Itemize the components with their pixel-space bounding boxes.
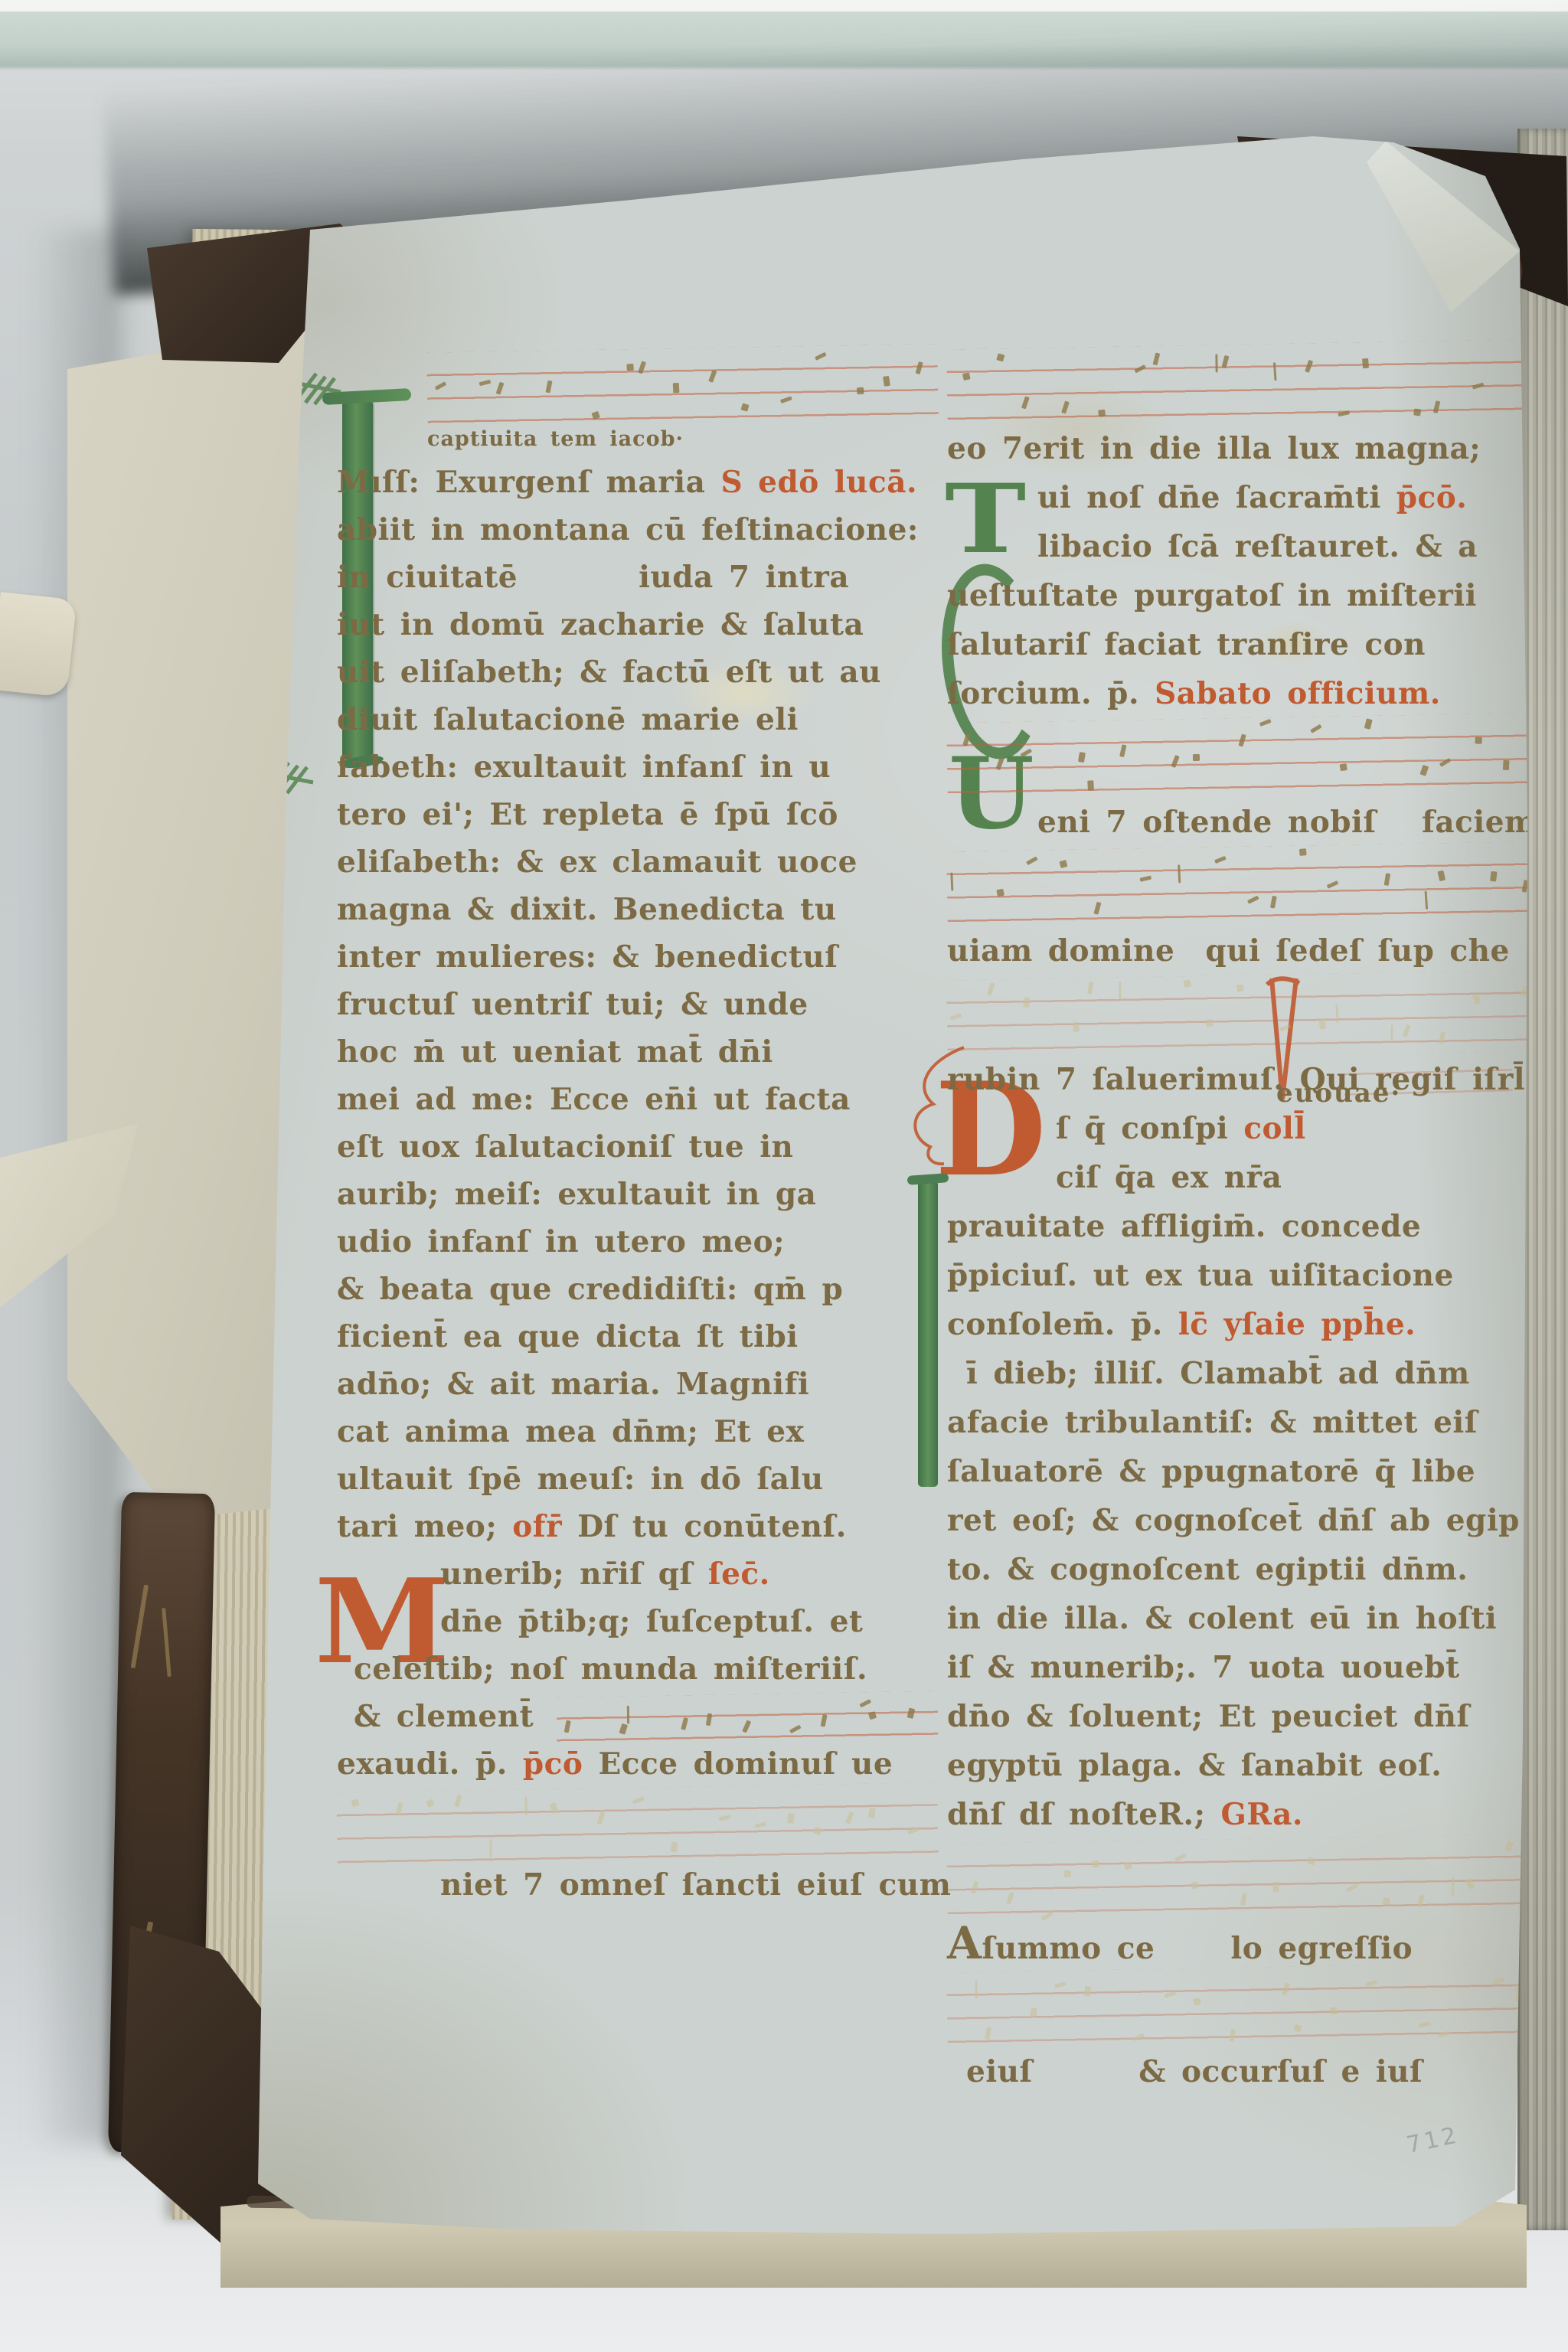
text-segment: exaudi. p̄. (337, 1746, 523, 1782)
text-line: dn̄o & ſoluent; Et peuciet dn̄ſ (947, 1692, 1533, 1741)
neume-mark (1439, 758, 1451, 767)
text-segment: ui noſ dn̄e ſacram̄ti (1037, 480, 1396, 515)
text-line: tari meo; ofr̄ Dſ tu conūtenſ. (337, 1503, 938, 1550)
text-line: celeſtib; noſ munda miſteriiſ. (337, 1645, 938, 1693)
neume-mark (950, 1013, 962, 1020)
neume-mark (1236, 984, 1245, 992)
neume-mark (1438, 2030, 1450, 2037)
text-segment: iſ & munerib;. 7 uota uouebt̄ (947, 1650, 1460, 1685)
text-line: in die illa. & colent eū in hoſti (947, 1594, 1533, 1643)
text-segment: eliſabeth: & ex clamauit uoce (337, 844, 857, 880)
text-line: conſolem̄. p̄. lc̄ yſaie pph̄e. (947, 1300, 1533, 1349)
neume-mark (1439, 1031, 1445, 1044)
neume-mark (1383, 1897, 1390, 1905)
neume-mark (708, 370, 717, 383)
neume-mark (619, 1723, 629, 1735)
neume-mark (1452, 1877, 1455, 1896)
text-segment: iut in domū zacharie & ſaluta (337, 607, 864, 642)
text-segment: & beata que credidiſti: qm̄ p (337, 1272, 843, 1307)
neume-mark (1139, 876, 1151, 882)
neume-mark (1064, 1870, 1071, 1877)
neume-mark (1084, 1986, 1091, 1997)
neume-mark (564, 1720, 571, 1733)
neume-mark (1279, 1024, 1292, 1032)
neume-mark (627, 1706, 629, 1724)
text-segment: diuit ſalutacionē marie eli (337, 702, 799, 737)
neume-mark (1465, 1878, 1475, 1890)
neume-mark (780, 396, 792, 403)
text-segment: afacie tribulantiſ: & mittet eiſ (947, 1405, 1478, 1440)
text-segment: aurib; meiſ: exultauit in ga (337, 1177, 816, 1212)
text-line: egyptū plaga. & ſanabit eoſ. (947, 1741, 1533, 1790)
neume-mark (671, 1842, 678, 1853)
text-line: unerib; nr̄iſ qſ ſec̄. (337, 1550, 938, 1598)
text-line: & clement̄ (337, 1693, 938, 1740)
neume-mark (1438, 871, 1445, 881)
neume-mark (1178, 864, 1181, 883)
text-line: hoc m̄ ut ueniat mat̄ dn̄i (337, 1028, 938, 1076)
text-segment: ret eoſ; & cognoſcet̄ dn̄ſ ab egip (947, 1503, 1520, 1538)
neume-mark (1119, 982, 1121, 1000)
bookmark-tab (0, 592, 77, 697)
neume-mark (1193, 754, 1200, 761)
text-segment: niet 7 omneſ ſancti eiuſ cum (440, 1867, 951, 1903)
neume-mark (755, 1821, 767, 1828)
text-line: eſt uox ſalutacioniſ tue in (337, 1123, 938, 1171)
neume-mark (868, 1808, 876, 1818)
text-segment: ſalutariſ faciat tranſire con (947, 627, 1426, 662)
right-text-column: eo 7erit in die illa lux magna;ui noſ dn… (947, 345, 1533, 2096)
text-line: dn̄e p̄tib;q; ſuſceptuſ. et (337, 1598, 938, 1645)
text-segment: in die illa. & colent eū in hoſti (947, 1601, 1497, 1636)
neume-mark (1362, 358, 1369, 369)
neume-mark (638, 361, 646, 374)
text-line: rubin 7 ſaluerimuſ. Qui regiſ iſrl̄. (947, 1055, 1533, 1104)
neume-mark (1475, 737, 1482, 744)
text-segment: cat anima mea dn̄m; Et ex (337, 1414, 804, 1449)
text-line: cat anima mea dn̄m; Et ex (337, 1408, 938, 1455)
neume-mark (1191, 1881, 1199, 1890)
neume-mark (1205, 1019, 1214, 1027)
neume-mark (1365, 1980, 1377, 1986)
text-segment: tero ei'; Et repleta ē ſpū ſcō (337, 797, 838, 832)
neume-mark (1273, 362, 1277, 381)
text-segment: magna & dixit. Benedicta tu (337, 892, 837, 927)
neume-mark (962, 372, 971, 381)
text-segment: coll̄ (1243, 1111, 1305, 1146)
neume-mark (1318, 1019, 1326, 1030)
neume-mark (1492, 1978, 1504, 1984)
neume-mark (1308, 1857, 1316, 1865)
text-segment: ſabeth: exultauit infanſ in u (337, 750, 831, 785)
neume-mark (907, 1708, 916, 1719)
neume-mark (996, 889, 1004, 897)
neume-mark (1305, 360, 1313, 373)
music-staff (946, 1834, 1534, 1923)
text-segment: ſaluatorē & ppugnatorē q̄ libe (947, 1454, 1475, 1489)
neume-mark (1390, 1025, 1393, 1044)
text-segment: eiuſ & occurſuſ e iuſ (966, 2054, 1423, 2089)
neume-mark (1299, 848, 1307, 856)
neume-mark (1504, 1841, 1514, 1852)
neume-mark (1472, 994, 1481, 1005)
text-segment: lc̄ yſaie pph̄e. (1178, 1307, 1416, 1342)
neume-mark (815, 352, 827, 361)
music-staff (946, 713, 1534, 802)
text-line: ficient̄ ea que dicta ſt tibi (337, 1313, 938, 1361)
neume-mark (868, 1711, 877, 1720)
neume-mark (950, 873, 953, 891)
text-segment: tari meo; (337, 1509, 512, 1544)
text-line: p̄piciuſ. ut ex tua uiſitacione (947, 1251, 1533, 1300)
text-segment: ſummo ce lo egreſſio (982, 1931, 1413, 1966)
neume-mark (1134, 364, 1146, 373)
neume-mark (996, 353, 1004, 361)
text-line: prauitate affligim̄. concede (947, 1202, 1533, 1251)
text-segment: ofr̄ (512, 1509, 577, 1544)
music-staff (426, 344, 939, 426)
neume-mark (1335, 1004, 1338, 1023)
neume-mark (673, 383, 680, 393)
text-line: dn̄ſ dſ noſteR.; GRa. (947, 1790, 1533, 1839)
neume-mark (597, 1811, 606, 1824)
neume-mark (1403, 1024, 1411, 1037)
neume-mark (1310, 724, 1321, 733)
neume-mark (1087, 780, 1094, 790)
text-line: adn̄o; & ait maria. Magnifi (337, 1361, 938, 1408)
text-line: ciſ q̄a ex nr̄a (947, 1153, 1533, 1202)
text-segment: dn̄e p̄tib;q; ſuſceptuſ. et (440, 1604, 863, 1639)
neume-mark (479, 380, 492, 386)
text-segment: dn̄o & ſoluent; Et peuciet dn̄ſ (947, 1699, 1470, 1734)
neume-mark (454, 1795, 462, 1808)
text-segment: rubin 7 ſaluerimuſ. Qui regiſ iſrl̄. (947, 1062, 1536, 1097)
neume-mark (813, 1827, 822, 1835)
neume-mark (787, 1813, 794, 1824)
text-segment: captiuita tem iacob· (427, 427, 684, 451)
neume-mark (545, 381, 552, 394)
neume-mark (496, 382, 505, 395)
neume-mark (591, 411, 599, 420)
text-line: to. & cognoſcent egiptii dn̄m. (947, 1545, 1533, 1594)
text-segment: libacio ſcā reſtauret. & a (1037, 529, 1478, 564)
text-segment: GRa. (1221, 1797, 1303, 1832)
text-segment: conſolem̄. p̄. (947, 1307, 1178, 1342)
text-line: ultauit ſpē meuſ: in dō ſalu (337, 1455, 938, 1503)
text-line: abiit in montana cū feſtinacione: (337, 506, 938, 554)
music-staff (557, 1691, 939, 1743)
text-line: ſaluatorē & ppugnatorē q̄ libe (947, 1447, 1533, 1496)
text-line: Mıſſ: Exurgenſ maria S edō lucā. (337, 459, 938, 506)
music-staff (946, 339, 1534, 429)
neume-mark (719, 1815, 731, 1821)
neume-mark (1098, 410, 1106, 417)
neume-mark (1059, 860, 1067, 868)
text-line: ī dieb; illiſ. Clamabt̄ ad dn̄m (947, 1349, 1533, 1398)
neume-mark (907, 1828, 920, 1834)
text-line: niet 7 omneſ ſancti eiuſ cum (337, 1861, 938, 1909)
manuscript-page: T U M D euouae· 712 captiuita tem iacob·… (195, 130, 1535, 2274)
text-line: exaudi. p̄. p̄cō Ecce dominuſ ue (337, 1740, 938, 1788)
text-line: mei ad me: Ecce en̄i ut facta (337, 1076, 938, 1123)
neume-mark (821, 1714, 828, 1727)
text-segment: eſt uox ſalutacioniſ tue in (337, 1129, 793, 1165)
neume-mark (1338, 410, 1350, 416)
neume-mark (883, 376, 890, 387)
neume-mark (1327, 880, 1339, 889)
text-segment: dn̄ſ dſ noſteR.; (947, 1797, 1221, 1832)
text-line: in ciuitatē iuda 7 intra (337, 554, 938, 601)
neume-mark (351, 1799, 359, 1807)
text-line: ueſtuſtate purgatoſ in miſterii (947, 571, 1533, 620)
text-line: ſalutariſ faciat tranſire con (947, 620, 1533, 669)
neume-mark (860, 1699, 872, 1707)
neume-mark (1490, 871, 1497, 882)
neume-mark (1282, 1982, 1290, 1995)
text-segment: Sabato officium. (1155, 676, 1441, 711)
leather-scratch (162, 1608, 171, 1677)
text-line: aurib; meiſ: exultauit in ga (337, 1171, 938, 1218)
neume-mark (1413, 408, 1421, 416)
text-line: ui noſ dn̄e ſacram̄ti p̄cō. (947, 473, 1533, 522)
text-segment: udio infanſ in utero meo; (337, 1224, 785, 1259)
text-segment: eo 7erit in die illa lux magna; (947, 431, 1481, 466)
neume-mark (1364, 718, 1373, 730)
neume-mark (1093, 902, 1101, 915)
neume-mark (524, 1796, 528, 1815)
music-staff (946, 841, 1534, 931)
neume-mark (1272, 1882, 1279, 1893)
neume-mark (1119, 744, 1126, 757)
neume-mark (996, 757, 1004, 770)
neume-mark (962, 733, 970, 746)
neume-mark (1092, 1860, 1099, 1868)
neume-mark (632, 1797, 645, 1805)
neume-mark (489, 1839, 492, 1857)
text-segment: abiit in montana cū feſtinacione: (337, 512, 919, 547)
text-segment: celeſtib; noſ munda miſteriiſ. (354, 1651, 867, 1687)
neume-mark (789, 1725, 802, 1734)
neume-mark (1416, 1894, 1425, 1907)
text-line: iſ & munerib;. 7 uota uouebt̄ (947, 1643, 1533, 1692)
text-segment: A (947, 1917, 982, 1969)
neume-mark (1330, 2007, 1338, 2015)
text-line: tero ei'; Et repleta ē ſpū ſcō (337, 791, 938, 838)
text-segment: mei ad me: Ecce en̄i ut facta (337, 1082, 851, 1117)
neume-mark (1164, 1991, 1176, 1998)
neume-mark (1072, 1021, 1080, 1032)
text-segment: ſ q̄ conſpi (1056, 1111, 1243, 1146)
neume-mark (987, 982, 995, 995)
neume-mark (1433, 400, 1441, 413)
text-line: eo 7erit in die illa lux magna; (947, 424, 1533, 473)
neume-mark (1259, 719, 1272, 727)
music-staff (946, 1962, 1534, 2052)
neume-mark (1293, 2024, 1302, 2033)
neume-mark (740, 403, 749, 412)
music-staff (946, 970, 1534, 1060)
neume-mark (1193, 1998, 1201, 2006)
neume-mark (1240, 1893, 1247, 1906)
leather-scratch (131, 1585, 149, 1669)
neume-mark (1078, 752, 1086, 763)
pencil-folio-number: 712 (1404, 2122, 1462, 2159)
text-segment: ī dieb; illiſ. Clamabt̄ ad dn̄m (966, 1356, 1470, 1391)
text-segment: & clement̄ (354, 1693, 534, 1740)
text-line: magna & dixit. Benedicta tu (337, 886, 938, 933)
neume-mark (1023, 998, 1030, 1008)
neume-mark (435, 381, 447, 390)
text-line: diuit ſalutacionē marie eli (337, 696, 938, 743)
neume-mark (1174, 1853, 1187, 1862)
neume-mark (975, 1981, 978, 1999)
neume-mark (1061, 400, 1070, 413)
neume-mark (1503, 760, 1510, 770)
text-segment: inter mulieres: & benedictuſ (337, 939, 838, 975)
rubric-heading: captiuita tem iacob· (337, 422, 938, 459)
text-line: libacio ſcā reſtauret. & a (947, 522, 1533, 571)
neume-mark (396, 1802, 403, 1815)
text-segment: ciſ q̄a ex nr̄a (1056, 1160, 1282, 1195)
text-segment: Mıſſ: Exurgenſ maria (337, 465, 720, 500)
text-line: ret eoſ; & cognoſcet̄ dn̄ſ ab egip (947, 1496, 1533, 1545)
neume-mark (1087, 982, 1094, 995)
neume-mark (681, 1717, 688, 1730)
text-line: eliſabeth: & ex clamauit uoce (337, 838, 938, 886)
neume-mark (1215, 354, 1217, 373)
text-segment: ultauit ſpē meuſ: in dō ſalu (337, 1462, 824, 1497)
text-line: iut in domū zacharie & ſaluta (337, 601, 938, 648)
neume-mark (1006, 1892, 1014, 1905)
text-segment: eni 7 oſtende nobiſ faciem (1037, 805, 1537, 840)
text-segment: p̄cō (523, 1746, 599, 1782)
neume-mark (1021, 396, 1030, 409)
neume-mark (1030, 2007, 1037, 2018)
neume-mark (1229, 2029, 1235, 2042)
music-staff (336, 1782, 939, 1867)
neume-mark (426, 1798, 435, 1808)
neume-mark (1238, 733, 1246, 746)
neume-mark (1425, 891, 1428, 910)
text-line: udio infanſ in utero meo; (337, 1218, 938, 1266)
neume-mark (1419, 765, 1429, 776)
neume-mark (1247, 896, 1259, 904)
text-segment: S edō lucā. (720, 465, 917, 500)
text-segment: egyptū plaga. & ſanabit eoſ. (947, 1748, 1442, 1783)
neume-mark (1222, 355, 1230, 368)
text-line: afacie tribulantiſ: & mittet eiſ (947, 1398, 1533, 1447)
text-segment: in ciuitatē iuda 7 intra (337, 560, 849, 595)
text-line: ſ q̄ conſpi coll̄ (947, 1104, 1533, 1153)
neume-mark (1171, 755, 1179, 768)
neume-mark (706, 1713, 712, 1726)
text-line: uit eliſabeth; & factū eſt ut au (337, 648, 938, 696)
neume-mark (971, 1881, 979, 1894)
neume-mark (626, 364, 633, 371)
neume-mark (1153, 352, 1161, 365)
neume-mark (1132, 2033, 1145, 2041)
text-segment: ficient̄ ea que dicta ſt tibi (337, 1319, 799, 1354)
neume-mark (845, 1811, 854, 1824)
text-line: & beata que credidiſti: qm̄ p (337, 1266, 938, 1313)
text-segment: adn̄o; & ait maria. Magnifi (337, 1367, 809, 1402)
manuscript-photo: T U M D euouae· 712 captiuita tem iacob·… (0, 0, 1568, 2352)
text-segment: prauitate affligim̄. concede (947, 1209, 1421, 1244)
neume-mark (1270, 896, 1277, 909)
neume-mark (1472, 383, 1485, 390)
neume-mark (1419, 2021, 1431, 2028)
text-segment: to. & cognoſcent egiptii dn̄m. (947, 1552, 1468, 1587)
text-line: inter mulieres: & benedictuſ (337, 933, 938, 981)
text-line: Aſummo ce lo egreſſio (947, 1919, 1533, 1968)
text-segment: p̄cō. (1396, 480, 1468, 515)
text-segment: uiam domine qui ſedeſ ſup che (947, 933, 1510, 969)
text-segment: p̄piciuſ. ut ex tua uiſitacione (947, 1258, 1454, 1293)
left-text-column: captiuita tem iacob·Mıſſ: Exurgenſ maria… (337, 348, 938, 1909)
neume-mark (985, 2027, 991, 2040)
neume-mark (1214, 856, 1227, 864)
neume-mark (1054, 1981, 1067, 1988)
neume-mark (1124, 1862, 1132, 1870)
neume-mark (1346, 1883, 1358, 1893)
text-line: eni 7 oſtende nobiſ faciem (947, 798, 1533, 847)
neume-mark (742, 1720, 751, 1733)
neume-mark (1026, 856, 1038, 865)
neume-mark (550, 1802, 559, 1814)
text-segment: hoc m̄ ut ueniat mat̄ dn̄i (337, 1034, 773, 1070)
neume-mark (857, 387, 864, 395)
text-segment: Ecce dominuſ ue (598, 1746, 893, 1782)
text-segment: uit eliſabeth; & factū eſt ut au (337, 655, 881, 690)
text-line: ſorcium. p̄. Sabato officium. (947, 669, 1533, 718)
text-segment: unerib; nr̄iſ qſ (440, 1557, 708, 1592)
neume-mark (1384, 873, 1391, 886)
neume-mark (1184, 980, 1191, 988)
neume-mark (916, 361, 923, 374)
text-segment: ſec̄. (708, 1557, 770, 1592)
text-segment: ſorcium. p̄. (947, 676, 1155, 711)
text-line: uiam domine qui ſedeſ ſup che (947, 926, 1533, 975)
text-segment: Dſ tu conūtenſ. (577, 1509, 847, 1544)
text-segment: ueſtuſtate purgatoſ in miſterii (947, 578, 1477, 613)
neume-mark (1340, 763, 1347, 771)
text-line: ſabeth: exultauit infanſ in u (337, 743, 938, 791)
text-line: eiuſ & occurſuſ e iuſ (947, 2047, 1533, 2096)
neume-mark (1515, 1984, 1518, 2003)
text-line: fructuſ uentriſ tui; & unde (337, 981, 938, 1028)
neume-mark (1021, 749, 1033, 758)
text-segment: fructuſ uentriſ tui; & unde (337, 987, 808, 1022)
